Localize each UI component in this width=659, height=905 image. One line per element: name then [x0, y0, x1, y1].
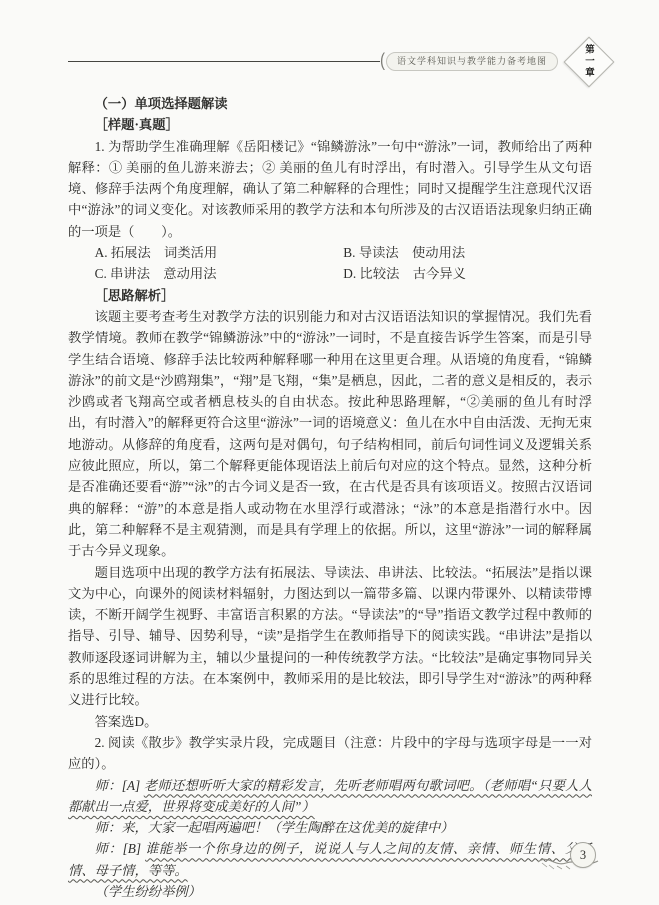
question-1-options: A. 拓展法 词类活用 B. 导读法 使动用法 C. 串讲法 意动用法 D. 比… — [68, 242, 592, 285]
dialogue-line-plain: 师：来，大家一起唱两遍吧！（学生陶醉在这优美的旋律中） — [68, 817, 592, 838]
book-page: ( 语文学科知识与教学能力备考地图 第一章 （一）单项选择题解读 ［样题·真题］… — [0, 0, 659, 905]
header-bracket-icon: ( — [380, 51, 385, 70]
dialogue-text: 来，大家一起唱两遍吧！（学生陶醉在这优美的旋律中） — [121, 820, 453, 835]
dialogue-stage-direction: （学生纷纷举例） — [68, 881, 592, 902]
dialogue-text: （学生纷纷举例） — [95, 884, 201, 899]
analysis-label: ［思路解析］ — [68, 285, 592, 306]
dialogue-line-a: 师：[A] 老师还想听听大家的精彩发言，先听老师唱两句歌词吧。（老师唱“只要人人… — [68, 775, 592, 818]
option-d: D. 比较法 古今异义 — [343, 263, 592, 284]
option-a: A. 拓展法 词类活用 — [95, 242, 344, 263]
chapter-badge: 第一章 — [561, 34, 615, 88]
answer-line: 答案选D。 — [68, 711, 592, 732]
dialogue-speaker: 师： — [95, 820, 122, 835]
question-1-stem: 1. 为帮助学生准确理解《岳阳楼记》“锦鳞游泳”一句中“游泳”一词，教师给出了两… — [68, 136, 592, 242]
header-banner: 语文学科知识与教学能力备考地图 — [386, 52, 558, 71]
analysis-paragraph-2: 题目选项中出现的教学方法有拓展法、导读法、串讲法、比较法。“拓展法”是指以课文为… — [68, 562, 592, 711]
option-b: B. 导读法 使动用法 — [343, 242, 592, 263]
dialogue-speaker: 师：[A] — [95, 778, 144, 793]
page-number: 3 — [580, 848, 586, 863]
chapter-label: 第一章 — [561, 34, 615, 88]
dialogue-line-b: 师：[B] 谁能举一个你身边的例子，说说人与人之间的友情、亲情、师生情、父子情、… — [68, 838, 592, 881]
dialogue-text-underlined: 老师还想听听大家的精彩发言，先听老师唱两句歌词吧。（老师唱“只要人人都献出一点爱… — [68, 778, 592, 814]
dialogue-speaker: 师：[B] — [95, 841, 145, 856]
header-rule — [68, 61, 380, 62]
page-header: ( 语文学科知识与教学能力备考地图 第一章 — [68, 50, 615, 72]
page-number-badge: 3 — [570, 842, 596, 868]
analysis-paragraph-1: 该题主要考查考生对教学方法的识别能力和对古汉语语法知识的掌握情况。我们先看教学情… — [68, 306, 592, 562]
page-body: （一）单项选择题解读 ［样题·真题］ 1. 为帮助学生准确理解《岳阳楼记》“锦鳞… — [68, 93, 592, 902]
option-c: C. 串讲法 意动用法 — [95, 263, 344, 284]
dialogue-text-underlined: 谁能举一个你身边的例子，说说人与人之间的友情、亲情、师生情、父子情、母子情，等等… — [68, 841, 592, 877]
section-heading: （一）单项选择题解读 — [68, 93, 592, 114]
question-2-stem: 2. 阅读《散步》教学实录片段，完成题目（注意：片段中的字母与选项字母是一一对应… — [68, 732, 592, 775]
sample-label: ［样题·真题］ — [68, 114, 592, 135]
